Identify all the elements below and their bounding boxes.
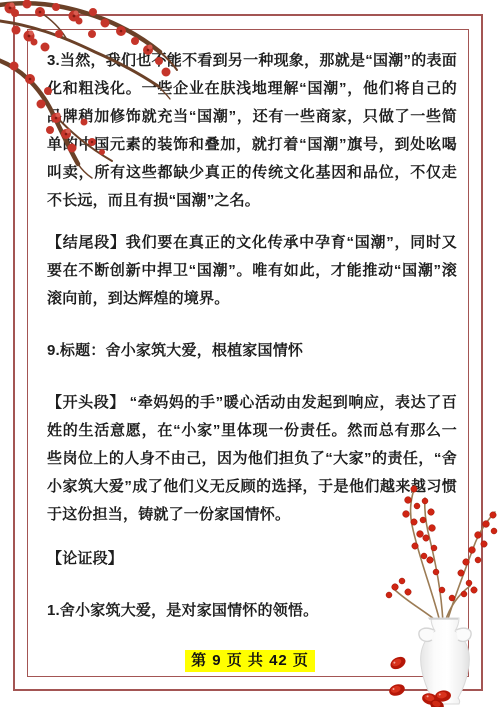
essay-title: 9.标题：舍小家筑大爱，根植家国情怀 <box>47 337 457 365</box>
paragraph-conclusion-section: 【结尾段】我们要在真正的文化传承中孕育“国潮”，同时又要在不断创新中捍卫“国潮”… <box>47 229 457 313</box>
paragraph-opening-section: 【开头段】 “牵妈妈的手”暖心活动由发起到响应，表达了百姓的生活意愿，在“小家”… <box>47 389 457 529</box>
document-body: 3.当然，我们也不能不看到另一种现象，那就是“国潮”的表面化和粗浅化。一些企业在… <box>47 47 457 625</box>
page-footer: 第 9 页 共 42 页 <box>0 650 500 672</box>
section-label-argument: 【论证段】 <box>47 545 457 573</box>
argument-point-1: 1.舍小家筑大爱，是对家国情怀的领悟。 <box>47 597 457 625</box>
page-number-label: 第 9 页 共 42 页 <box>185 650 315 672</box>
paragraph-guochao-criticism: 3.当然，我们也不能不看到另一种现象，那就是“国潮”的表面化和粗浅化。一些企业在… <box>47 47 457 215</box>
